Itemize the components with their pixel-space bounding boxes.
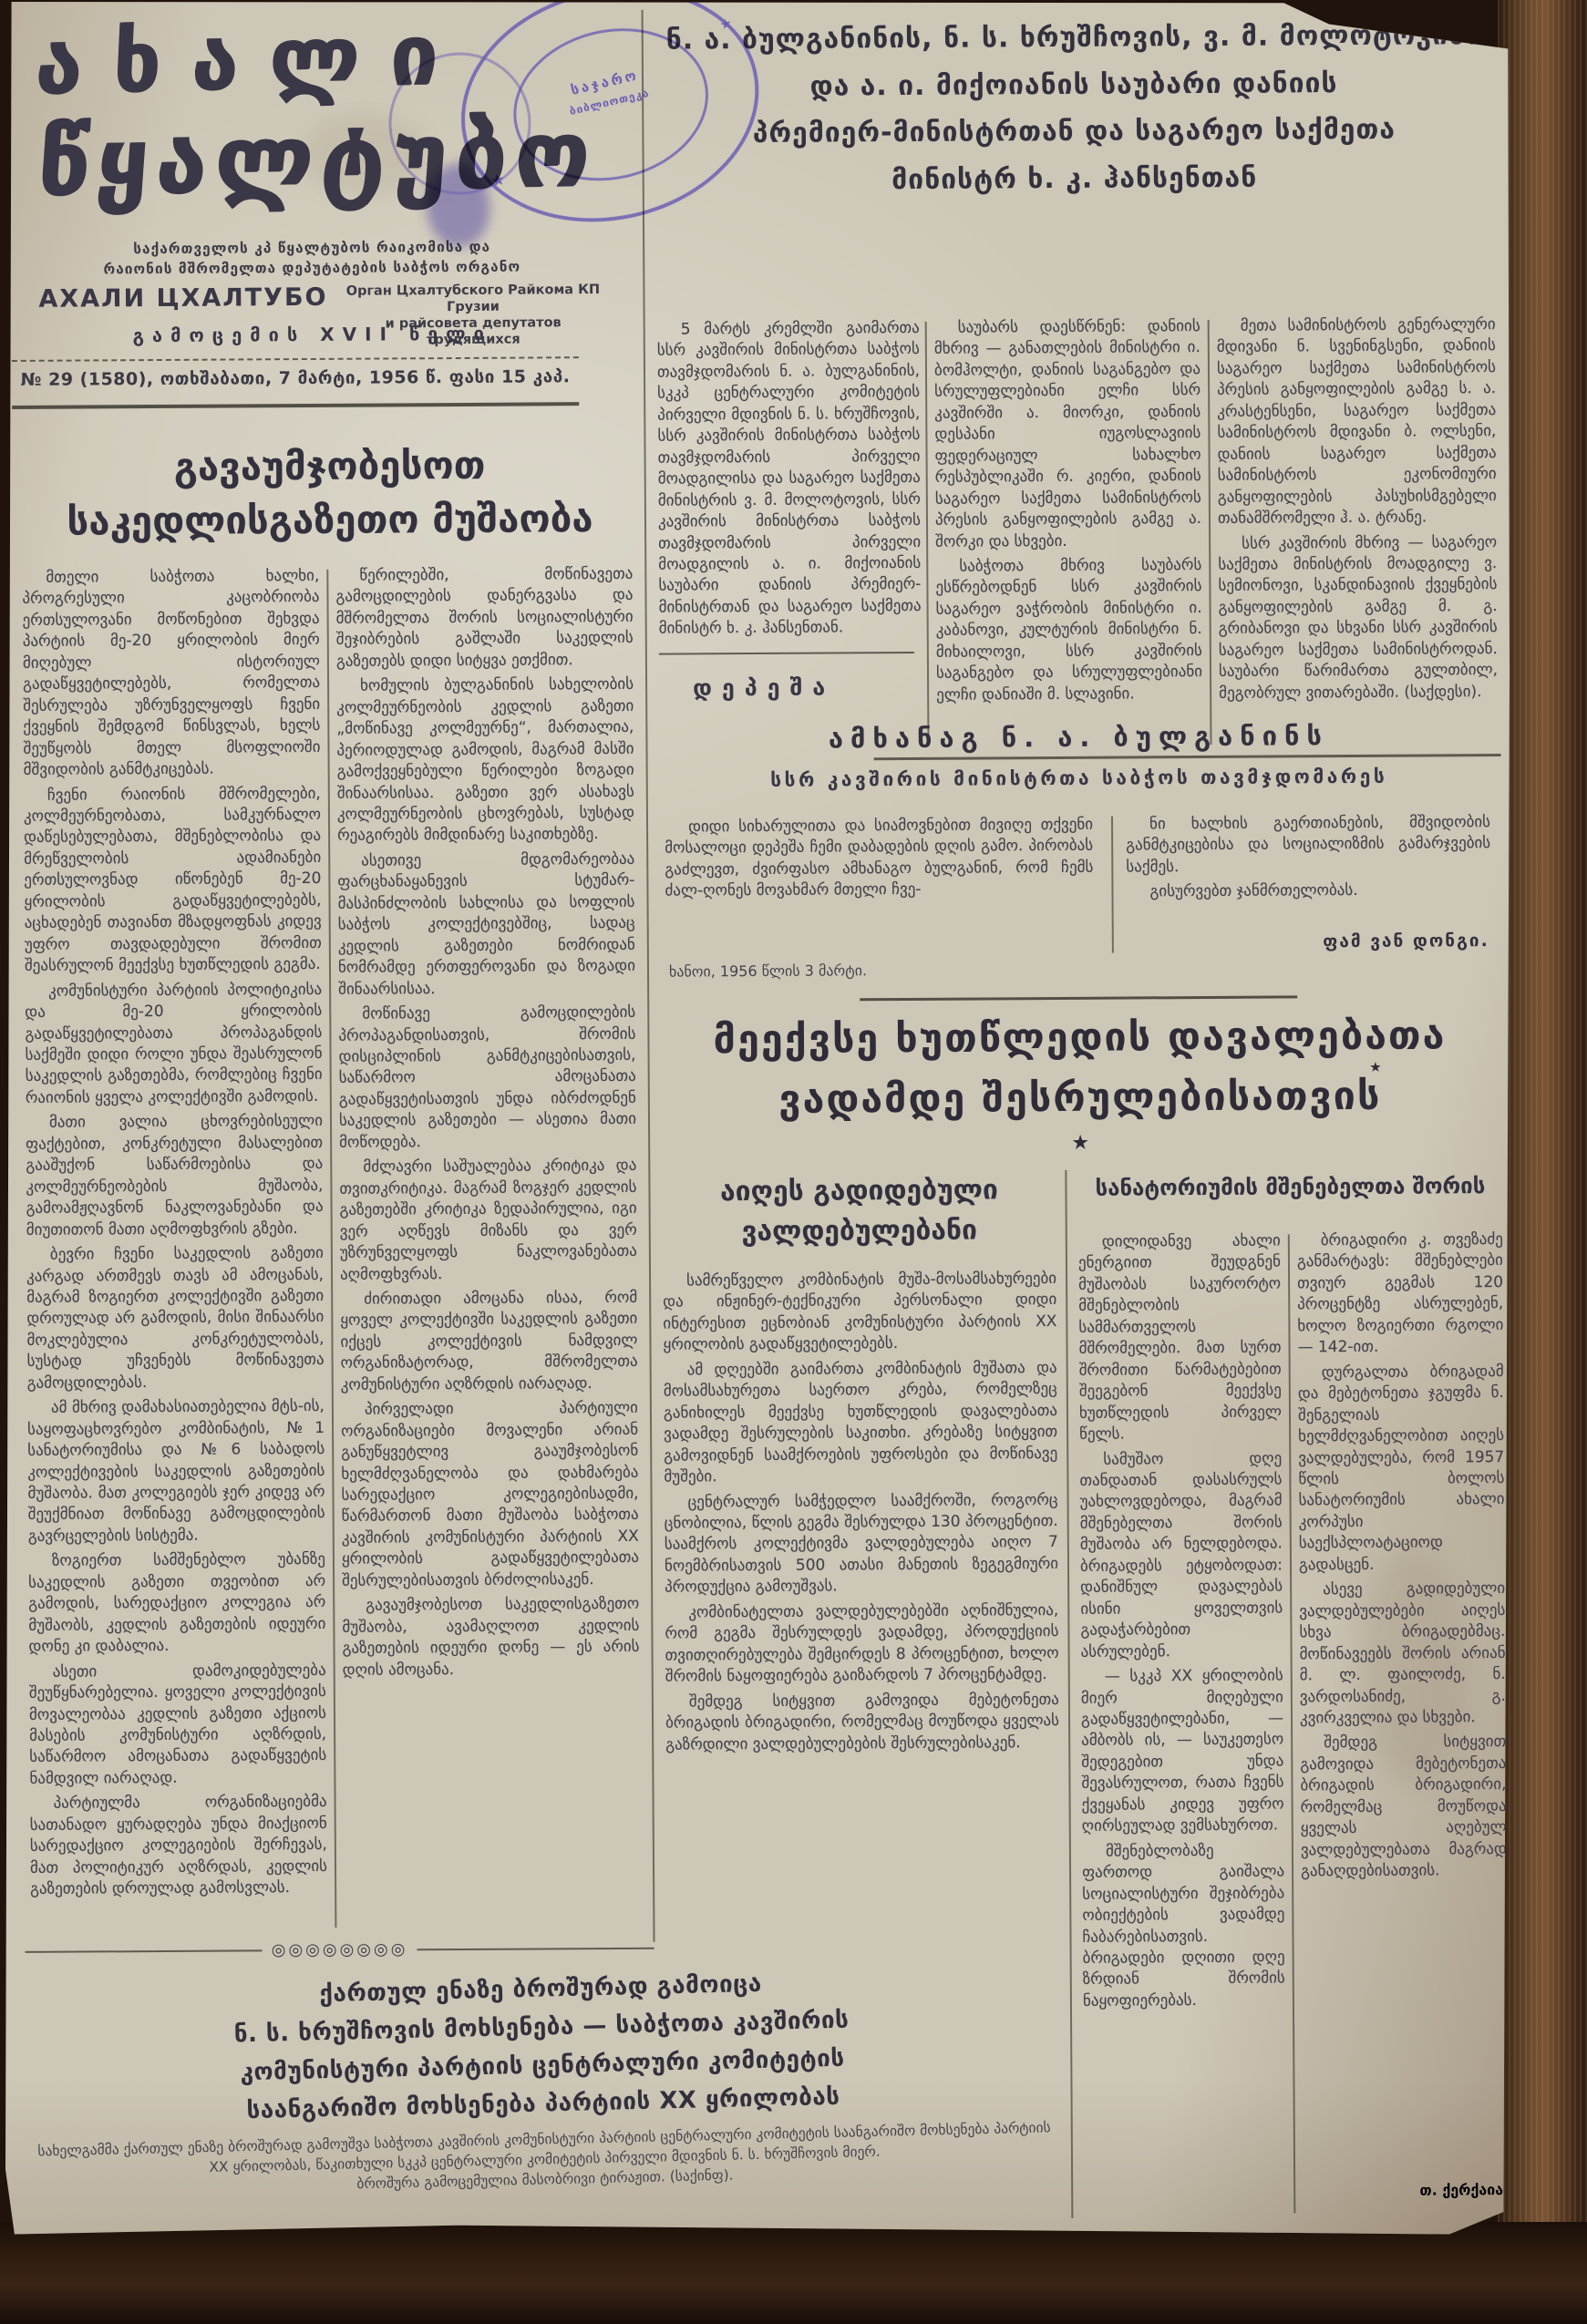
subarticle-b-col2: ბრიგადირი კ. თვეზაძე განმარტავს: მშენებლ… xyxy=(1297,1229,1509,2178)
wall-article-headline-line2: საკედლისგაზეთო მუშაობა xyxy=(16,492,644,550)
text-paragraph: ბრიგადირი კ. თვეზაძე განმარტავს: მშენებლ… xyxy=(1297,1229,1504,1359)
subarticle-a-body: სამრეწველო კომბინატის მუშა-მოსამსახურეებ… xyxy=(663,1269,1061,1960)
newspaper-photo: ახალი წყალტუბო საქართველოს კპ წყალტუბოს … xyxy=(0,0,1587,2324)
section-rule xyxy=(659,652,914,655)
text-paragraph: მძლავრი საშუალებაა კრიტიკა და თვითკრიტიკ… xyxy=(339,1156,637,1286)
telegram-label: დეპეშა xyxy=(693,674,835,701)
text-paragraph: პარტიულმა ორგანიზაციებმა სათანადო ყურადღ… xyxy=(30,1792,328,1900)
text-paragraph: და ა. ი. მიქოიანის საუბარი დანიის xyxy=(654,59,1494,111)
telegram-article: დეპეშა ამხანაგ ნ. ა. ბულგანინს სსრ კავში… xyxy=(654,657,1504,992)
star-icon: ★ xyxy=(660,1129,1500,1157)
text-paragraph: საუბარს დაესწრნენ: დანიის მხრივ — განათლ… xyxy=(934,316,1202,553)
wall-article-headline: გავაუმჯობესოთ საკედლისგაზეთო მუშაობა xyxy=(15,438,644,550)
telegram-subheadline: სსრ კავშირის მინისტრთა საბჭოს თავმჯდომარ… xyxy=(655,765,1503,792)
book-page-edges xyxy=(1498,0,1587,2324)
column-rule xyxy=(1288,1234,1296,2213)
lead-body-col1: 5 მარტს კრემლში გაიმართა სსრ კავშირის მი… xyxy=(657,318,922,646)
column-rule xyxy=(326,570,336,1928)
wall-article-col1: მთელი საბჭოთა ხალხი, პროგრესული კაცობრიო… xyxy=(22,566,327,1931)
text-paragraph: დილიდანვე ახალი ენერგიით შეუდგნენ მუშაობ… xyxy=(1078,1230,1282,1445)
text-paragraph: შემდეგ სიტყვით გამოვიდა მებეტონეთა ბრიგა… xyxy=(665,1690,1059,1756)
telegram-signature: ფამ ვან დონგი. xyxy=(1323,931,1489,951)
text-paragraph: მშენებლობაზე ფართოდ გაიშალა სოციალისტური… xyxy=(1082,1840,1285,2012)
banner-line2: ვადამდე შესრულებისათვის xyxy=(660,1073,1500,1124)
text-paragraph: ბევრი ჩვენი საკედლის გაზეთი კარგად ართმე… xyxy=(26,1243,325,1394)
banner-line1: მეექვსე ხუთწლედის დავალებათა xyxy=(659,1013,1499,1064)
banner-rule xyxy=(860,995,1297,1001)
text-paragraph: ხომულის ბულგანინის სახელობის კოლმეურნეობ… xyxy=(336,674,634,848)
subarticle-b-signature: თ. ქერქაია. xyxy=(1303,2181,1509,2209)
subarticle-a-headline-line1: აიღეს გადიდებული xyxy=(662,1170,1056,1212)
text-paragraph: ჩვენი რაიონის მშრომელები, კოლმეურნეობათა… xyxy=(24,783,322,977)
masthead-edition-year: გამოცემის XVII წელი xyxy=(12,322,613,347)
ornament-divider: ◎◎◎◎◎◎◎◎ xyxy=(26,1938,654,1961)
text-paragraph: ასეთივე მდგომარეობაა ფარცხანაყანევის სტუ… xyxy=(337,849,635,1001)
text-paragraph: კომუნისტური პარტიის პოლიტიკისა და მე-20 … xyxy=(25,980,323,1110)
book-cover-bottom xyxy=(0,2222,1587,2324)
text-paragraph: მათი ვალია ცხოვრებისეული ფაქტებით, კონკრ… xyxy=(26,1111,324,1241)
telegram-dateline: ხანოი, 1956 წლის 3 მარტი. xyxy=(669,961,867,980)
star-icon: ★ xyxy=(718,15,734,34)
issue-info-row: № 29 (1580), ოთხშაბათი, 7 მარტი, 1956 წ.… xyxy=(12,356,579,409)
text-paragraph: მეთა სამინისტროს გენერალური მდივანი ნ. ს… xyxy=(1217,314,1497,530)
issue-info: № 29 (1580), ოთხშაბათი, 7 მარტი, 1956 წ.… xyxy=(12,358,579,390)
wall-article-headline-line1: გავაუმჯობესოთ xyxy=(15,438,643,496)
text-paragraph: ასეთი დამოკიდებულება შეუწყნარებელია. ყოვ… xyxy=(29,1661,327,1791)
text-paragraph: 5 მარტს კრემლში გაიმართა სსრ კავშირის მი… xyxy=(657,318,922,641)
section-banner: მეექვსე ხუთწლედის დავალებათა ვადამდე შეს… xyxy=(659,994,1500,1162)
telegram-headline: ამხანაგ ნ. ა. ბულგანინს xyxy=(654,719,1502,756)
brochure-headline: ქართულ ენაზე ბროშურად გამოიცან. ს. ხრუშჩ… xyxy=(24,1958,1061,2135)
text-paragraph: ზოგიერთ სამშენებლო უბანზე საკედლის გაზეთ… xyxy=(28,1549,326,1658)
column-rule xyxy=(642,10,655,1942)
text-paragraph: დიდი სიხარულითა და სიამოვნებით მივიღე თქ… xyxy=(665,815,1094,903)
text-paragraph: კომბინატელთა ვალდებულებებში აღნიშნულია, … xyxy=(665,1600,1059,1688)
text-paragraph: გავაუმჯობესოთ საკედლისგაზეთო მუშაობა, ავ… xyxy=(342,1594,640,1681)
text-paragraph: წერილებში, მოწინავეთა გამოცდილების დანერ… xyxy=(335,564,634,673)
text-paragraph: დურგალთა ბრიგადამ და მებეტონეთა ჯგუფმა ნ… xyxy=(1298,1362,1505,1577)
text-paragraph: სამრეწველო კომბინატის მუშა-მოსამსახურეებ… xyxy=(663,1269,1057,1356)
text-paragraph: ამ დღეებში გაიმართა კომბინატის მუშათა და… xyxy=(664,1358,1058,1488)
masthead-org-ka-line2: რაიონის მშრომელთა დეპუტატების საბჭოს ორგ… xyxy=(11,258,613,278)
text-paragraph: ნი ხალხის გაერთიანების, მშვიდობის განმტკ… xyxy=(1126,812,1490,879)
star-icon: ★ xyxy=(1369,1059,1382,1075)
text-paragraph: პრემიერ-მინისტრთან და საგარეო საქმეთა xyxy=(654,106,1494,158)
text-paragraph: მოწინავე გამოცდილების პროპაგანდისათვის, … xyxy=(338,1003,636,1154)
text-paragraph: ამ მხრივ დამახასიათებელია მტს-ის, საყოფა… xyxy=(27,1396,325,1548)
text-paragraph: ცენტრალურ სამჭედლო საამქროში, როგორც ცნო… xyxy=(664,1490,1058,1599)
subarticle-a-headline: აიღეს გადიდებული ვალდებულებანი xyxy=(662,1170,1056,1252)
text-paragraph: შემდეგ სიტყვით გამოვიდა მებეტონეთა ბრიგა… xyxy=(1300,1732,1507,1883)
text-paragraph: — სკკპ XX ყრილობის მიერ მიღებული გადაწყვ… xyxy=(1081,1666,1284,1838)
subarticle-b-col1: დილიდანვე ახალი ენერგიით შეუდგნენ მუშაობ… xyxy=(1078,1230,1287,2217)
masthead-name-russian: АХАЛИ ЦХАЛТУБО xyxy=(38,283,327,314)
telegram-body-left: დიდი სიხარულითა და სიამოვნებით მივიღე თქ… xyxy=(665,815,1094,954)
column-rule xyxy=(1065,1170,1073,2218)
text-paragraph: გისურვებთ ჯანმრთელობას. xyxy=(1126,879,1490,903)
wall-article-col2: წერილებში, მოწინავეთა გამოცდილების დანერ… xyxy=(335,564,641,1929)
text-paragraph: სამუშაო დღე თანდათან დასასრულს უახლოვდებ… xyxy=(1079,1448,1283,1663)
subarticle-b-headline: სანატორიუმის მშენებელთა შორის xyxy=(1077,1171,1502,1204)
text-paragraph: ნ. ა. ბულგანინის, ნ. ს. ხრუშჩოვის, ვ. მ.… xyxy=(654,12,1494,64)
newspaper-page: ახალი წყალტუბო საქართველოს კპ წყალტუბოს … xyxy=(5,2,1510,2237)
column-rule xyxy=(1111,817,1114,953)
masthead-org-ru-line1: Орган Цхалтубского Райкома КП Грузии xyxy=(342,282,603,316)
brochure-article: ქართულ ენაზე ბროშურად გამოიცან. ს. ხრუშჩ… xyxy=(24,1958,1062,2202)
subarticle-a-headline-line2: ვალდებულებანი xyxy=(663,1210,1056,1252)
text-paragraph: პირველადი პარტიული ორგანიზაციები მოვალენ… xyxy=(341,1398,639,1592)
text-paragraph: ასევე გადიდებული ვალდებულებები აიღეს სხვ… xyxy=(1299,1578,1506,1730)
library-stamp: საჯარო ბიბლიოთეკა ★ ★ xyxy=(438,0,783,252)
ornament-glyphs: ◎◎◎◎◎◎◎◎ xyxy=(272,1939,408,1959)
text-paragraph: ძირითადი ამოცანა ისაა, რომ ყოველ კოლექტი… xyxy=(340,1288,638,1396)
text-paragraph: მთელი საბჭოთა ხალხი, პროგრესული კაცობრიო… xyxy=(22,566,320,782)
